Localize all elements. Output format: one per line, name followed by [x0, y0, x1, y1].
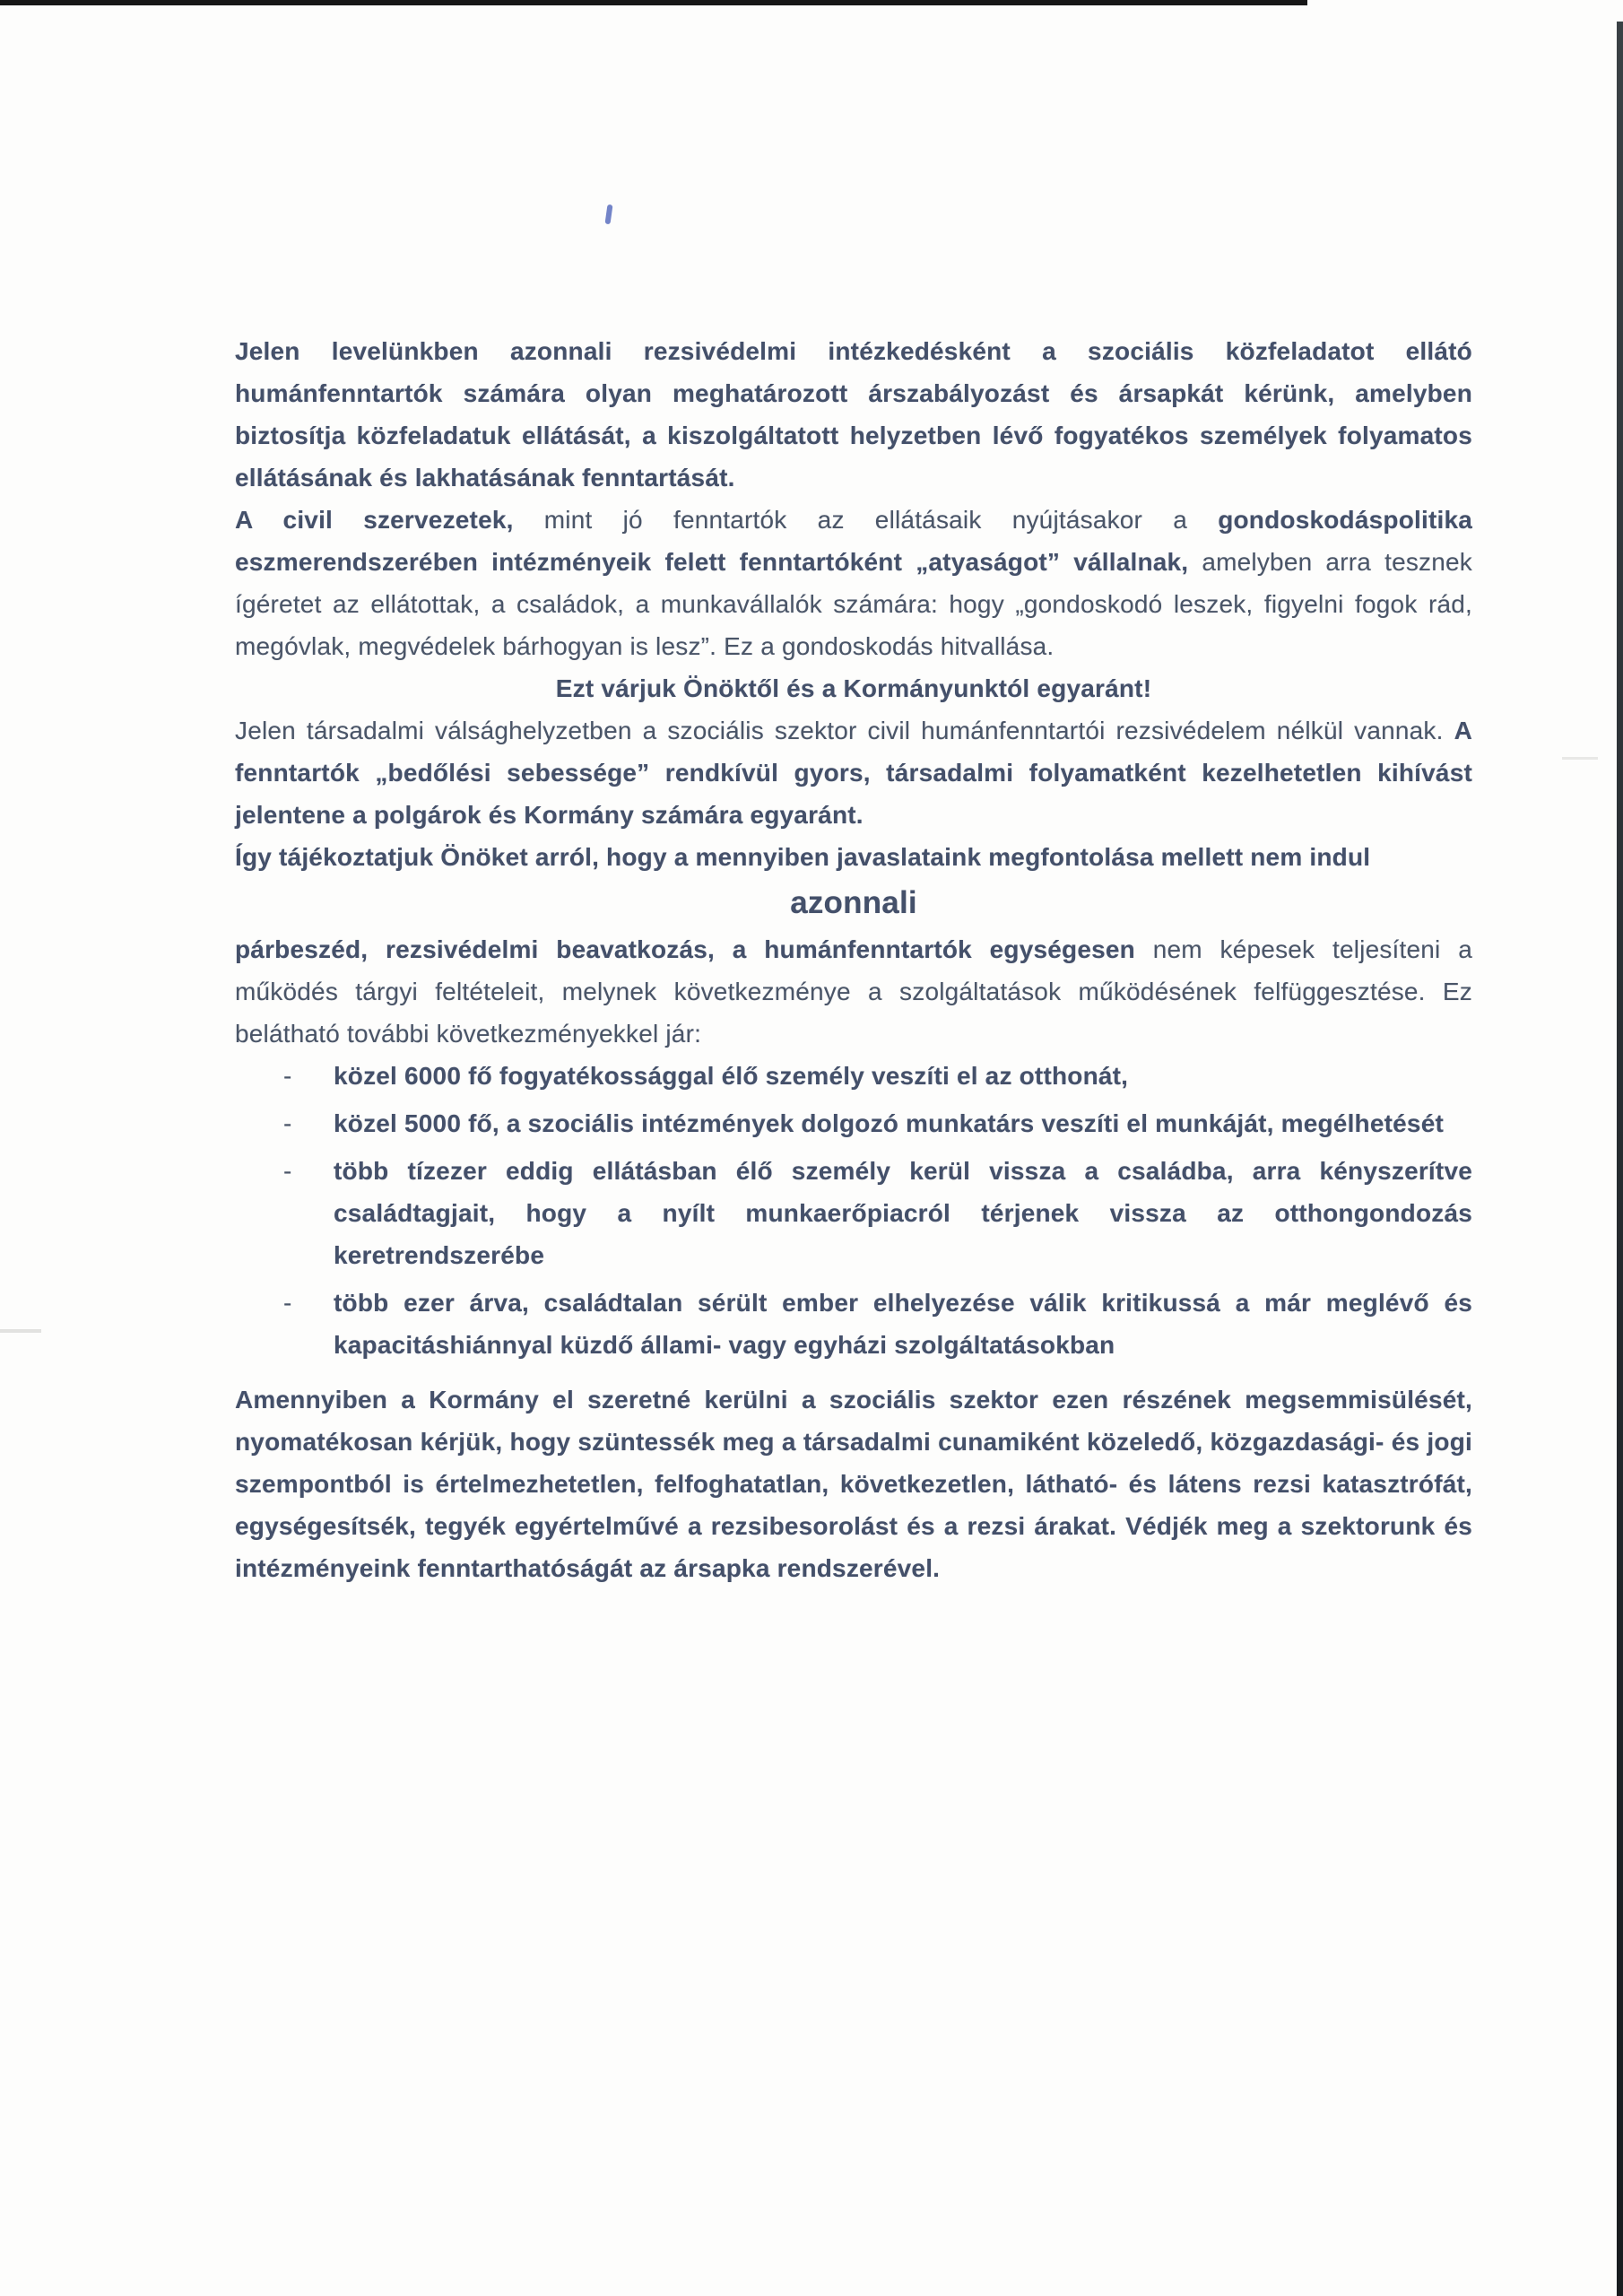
letter-body: Jelen levelünkben azonnali rezsivédelmi …: [235, 0, 1472, 1589]
bullet-text: több tízezer eddig ellátásban élő személ…: [334, 1150, 1472, 1276]
faint-scan-dash-right: [1562, 757, 1598, 760]
scan-edge-right-artifact: [1617, 22, 1623, 2296]
text-segment: Jelen társadalmi válsághelyzetben a szoc…: [235, 717, 1454, 744]
heading-azonnali: azonnali: [235, 878, 1472, 928]
list-item-2: -közel 5000 fő, a szociális intézmények …: [283, 1102, 1472, 1144]
list-item-3: -több tízezer eddig ellátásban élő szemé…: [283, 1150, 1472, 1276]
paragraph-closing: Amennyiben a Kormány el szeretné kerülni…: [235, 1378, 1472, 1589]
paragraph-civil-szervezetek: A civil szervezetek, mint jó fenntartók …: [235, 499, 1472, 667]
paragraph-tajekoztatas: Így tájékoztatjuk Önöket arról, hogy a m…: [235, 836, 1472, 878]
paragraph-valsaghelyzet: Jelen társadalmi válsághelyzetben a szoc…: [235, 709, 1472, 836]
text-segment-bold: párbeszéd, rezsivédelmi beavatkozás, a h…: [235, 935, 1153, 963]
bullet-dash: -: [283, 1055, 334, 1097]
faint-scan-dash-left: [0, 1329, 41, 1333]
consequences-list: -közel 6000 fő fogyatékossággal élő szem…: [235, 1055, 1472, 1366]
paragraph-intro: Jelen levelünkben azonnali rezsivédelmi …: [235, 330, 1472, 499]
text-segment: mint jó fenntartók az ellátásaik nyújtás…: [514, 506, 1219, 534]
bullet-text: közel 6000 fő fogyatékossággal élő szemé…: [334, 1055, 1472, 1097]
paragraph-parbeszed: párbeszéd, rezsivédelmi beavatkozás, a h…: [235, 928, 1472, 1055]
bullet-dash: -: [283, 1282, 334, 1366]
text-segment-bold: A civil szervezetek,: [235, 506, 514, 534]
heading-demand: Ezt várjuk Önöktől és a Kormányunktól eg…: [235, 667, 1472, 709]
scanned-letter-page: { "colors": { "ink": "#4a5568", "ink-bol…: [0, 0, 1623, 2296]
bullet-text: közel 5000 fő, a szociális intézmények d…: [334, 1102, 1472, 1144]
bullet-text: több ezer árva, családtalan sérült ember…: [334, 1282, 1472, 1366]
bullet-dash: -: [283, 1150, 334, 1276]
list-item-1: -közel 6000 fő fogyatékossággal élő szem…: [283, 1055, 1472, 1097]
bullet-dash: -: [283, 1102, 334, 1144]
list-item-4: -több ezer árva, családtalan sérült embe…: [283, 1282, 1472, 1366]
